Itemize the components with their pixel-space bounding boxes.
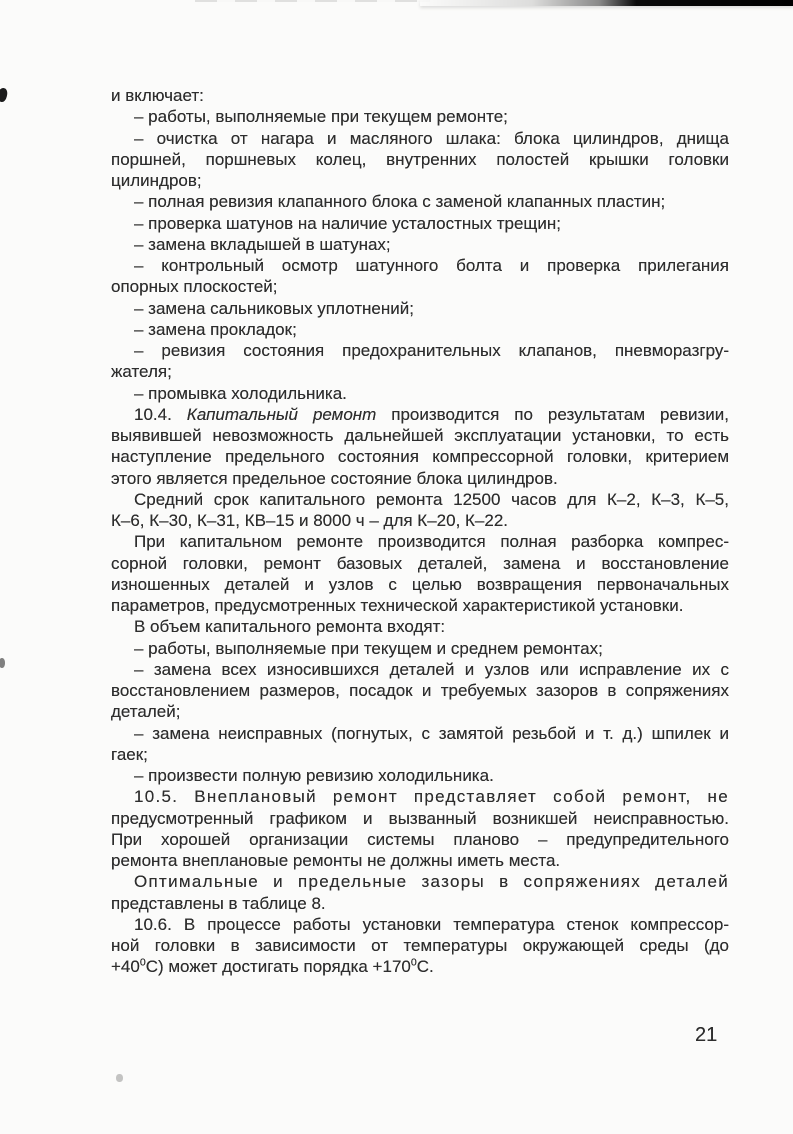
text-line: – замена вкладышей в шатунах; [111,234,729,255]
text-run: – работы, выполняемые при текущем ремонт… [134,107,508,126]
scanned-page: и включает:– работы, выполняемые при тек… [0,0,793,1134]
text-run: Оптимальные и предельные зазоры в сопряж… [134,872,729,891]
text-run: 10.5. Внеплановый ремонт представляет со… [134,787,729,806]
text-run: – контрольный осмотр шатунного болта и п… [134,256,729,275]
text-run: этого является предельное состояние блок… [111,469,558,488]
scan-edge-faint-artifact [195,0,430,2]
ink-smudge [116,1074,123,1082]
text-run: С) может достигать порядка +170 [146,957,411,976]
text-run: жателя; [111,362,172,381]
text-run: – полная ревизия клапанного блока с заме… [134,192,665,211]
text-run: С. [417,957,434,976]
text-line: В объем капитального ремонта входят: [111,616,729,637]
text-line: При капитальном ремонте производится пол… [111,531,729,552]
italic-text-run: Капитальный ремонт [187,405,377,424]
text-line: изношенных деталей и узлов с целью возвр… [111,574,729,595]
text-run: параметров, предусмотренных технической … [111,596,683,615]
text-line: – замена неисправных (погнутых, с замято… [111,723,729,744]
text-run: производится по результатам ревизии, [376,405,729,424]
text-run: деталей; [111,702,180,721]
text-run: – ревизия состояния предохранительных кл… [134,341,729,360]
text-run: – работы, выполняемые при текущем и сред… [134,639,603,658]
text-line: восстановлением размеров, посадок и треб… [111,680,729,701]
text-run: наступление предельного состояния компре… [111,447,729,466]
text-run: – замена вкладышей в шатунах; [134,235,391,254]
text-run: К–6, К–30, К–31, КВ–15 и 8000 ч – для К–… [111,511,508,530]
text-run: изношенных деталей и узлов с целью возвр… [111,575,729,594]
text-line: – произвести полную ревизию холодильника… [111,765,729,786]
text-line: и включает: [111,85,729,106]
text-run: цилиндров; [111,171,202,190]
text-line: К–6, К–30, К–31, КВ–15 и 8000 ч – для К–… [111,510,729,531]
text-line: 10.6. В процессе работы установки темпер… [111,914,729,935]
text-run: В объем капитального ремонта входят: [134,617,445,636]
text-run: – замена неисправных (погнутых, с замято… [134,724,729,743]
text-line: выявившей невозможность дальнейшей экспл… [111,425,729,446]
text-line: 10.4. Капитальный ремонт производится по… [111,404,729,425]
text-line: 10.5. Внеплановый ремонт представляет со… [111,786,729,807]
text-line: деталей; [111,701,729,722]
text-line: наступление предельного состояния компре… [111,446,729,467]
scan-edge-artifact [420,0,793,6]
text-line: – проверка шатунов на наличие усталостны… [111,213,729,234]
text-run: – замена всех износившихся деталей и узл… [134,660,729,679]
text-line: – работы, выполняемые при текущем ремонт… [111,106,729,127]
text-run: При капитальном ремонте производится пол… [134,532,729,551]
text-line: Оптимальные и предельные зазоры в сопряж… [111,871,729,892]
text-line: – очистка от нагара и масляного шлака: б… [111,128,729,149]
text-line: ной головки в зависимости от температуры… [111,935,729,956]
text-line: Средний срок капитального ремонта 12500 … [111,489,729,510]
text-run: предусмотренный графиком и вызванный воз… [111,809,729,828]
text-line: – замена прокладок; [111,319,729,340]
text-run: – замена прокладок; [134,320,297,339]
text-line: предусмотренный графиком и вызванный воз… [111,808,729,829]
text-run: – промывка холодильника. [134,384,347,403]
text-run: ремонта внеплановые ремонты не должны им… [111,851,560,870]
text-run: опорных плоскостей; [111,277,278,296]
text-run: восстановлением размеров, посадок и треб… [111,681,729,700]
text-run: – произвести полную ревизию холодильника… [134,766,494,785]
text-run: и включает: [111,86,204,105]
text-run: При хорошей организации системы планово … [111,830,729,849]
text-line: – полная ревизия клапанного блока с заме… [111,191,729,212]
text-line: представлены в таблице 8. [111,893,729,914]
text-block: и включает:– работы, выполняемые при тек… [111,85,729,978]
text-run: поршней, поршневых колец, внутренних пол… [111,150,729,169]
text-line: поршней, поршневых колец, внутренних пол… [111,149,729,170]
text-run: +40 [111,957,140,976]
text-run: Средний срок капитального ремонта 12500 … [134,490,729,509]
text-line: – замена сальниковых уплотнений; [111,298,729,319]
ink-smudge [0,87,8,103]
text-line: ремонта внеплановые ремонты не должны им… [111,850,729,871]
text-line: – ревизия состояния предохранительных кл… [111,340,729,361]
text-run: ной головки в зависимости от температуры… [111,936,729,955]
page-number: 21 [695,1024,717,1047]
text-line: цилиндров; [111,170,729,191]
text-run: сорной головки, ремонт базовых деталей, … [111,554,729,573]
text-run: – замена сальниковых уплотнений; [134,299,414,318]
text-line: +400С) может достигать порядка +1700С. [111,956,729,977]
text-line: параметров, предусмотренных технической … [111,595,729,616]
text-line: гаек; [111,744,729,765]
text-line: – замена всех износившихся деталей и узл… [111,659,729,680]
text-line: опорных плоскостей; [111,276,729,297]
text-line: – контрольный осмотр шатунного болта и п… [111,255,729,276]
text-run: – очистка от нагара и масляного шлака: б… [134,129,729,148]
text-run: 10.4. [134,405,187,424]
text-line: – работы, выполняемые при текущем и сред… [111,638,729,659]
text-line: этого является предельное состояние блок… [111,468,729,489]
text-run: представлены в таблице 8. [111,894,326,913]
ink-smudge [0,658,5,668]
text-line: сорной головки, ремонт базовых деталей, … [111,553,729,574]
text-run: 10.6. В процессе работы установки темпер… [134,915,729,934]
text-run: гаек; [111,745,148,764]
text-run: выявившей невозможность дальнейшей экспл… [111,426,729,445]
text-line: жателя; [111,361,729,382]
text-line: – промывка холодильника. [111,383,729,404]
text-line: При хорошей организации системы планово … [111,829,729,850]
text-run: – проверка шатунов на наличие усталостны… [134,214,561,233]
